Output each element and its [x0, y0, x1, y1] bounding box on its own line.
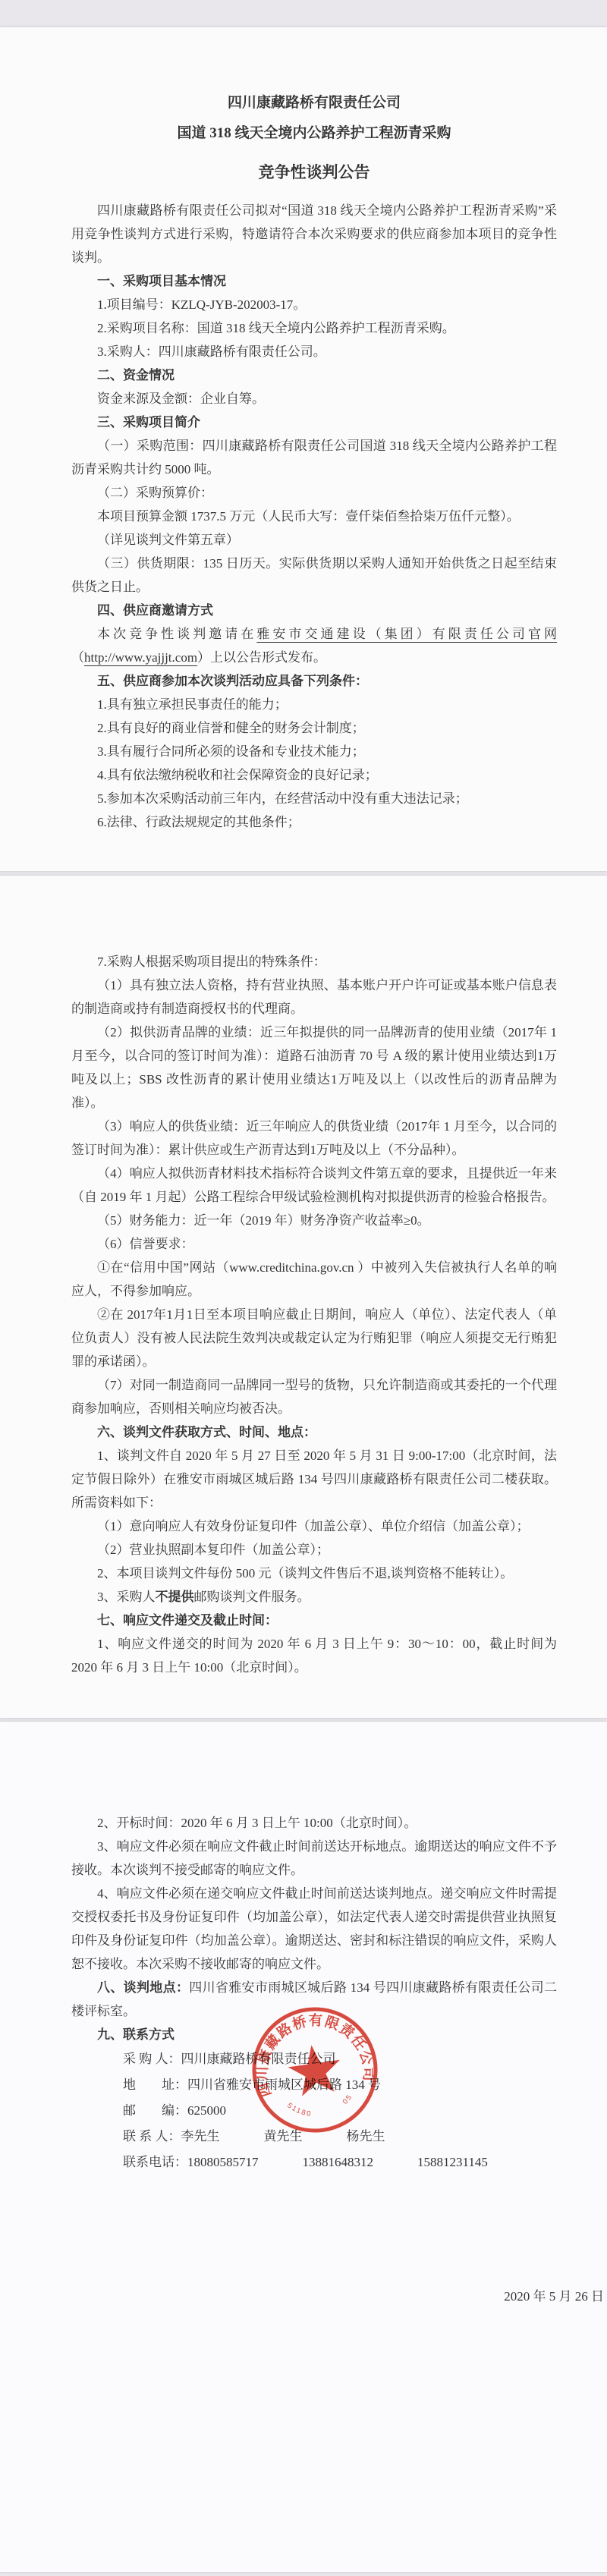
- section-4-heading: 四、供应商邀请方式: [71, 599, 557, 622]
- paragraph: 3.具有履行合同所必须的设备和专业技术能力；: [71, 740, 557, 763]
- paragraph: 资金来源及金额：企业自筹。: [71, 387, 557, 410]
- invite-paragraph: 本次竞争性谈判邀请在雅安市交通建设（集团）有限责任公司官网（http://www…: [71, 622, 557, 669]
- text-segment: 本次竞争性谈判邀请在: [97, 627, 256, 641]
- page-2-content: 7.采购人根据采购项目提出的特殊条件：（1）具有独立法人资格，持有营业执照、基本…: [0, 876, 607, 1679]
- contact-value: 四川康藏路桥有限责任公司: [181, 2052, 336, 2066]
- paragraph: 6.法律、行政法规规定的其他条件；: [71, 810, 557, 834]
- paragraph: 本项目预算金额 1737.5 万元（人民币大写：壹仟柒佰叁拾柒万伍仟元整）。: [71, 505, 557, 528]
- doc-title-project: 国道 318 线天全境内公路养护工程沥青采购: [71, 118, 557, 149]
- paragraph: 2、本项目谈判文件每份 500 元（谈判文件售后不退,谈判资格不能转让）。: [71, 1562, 557, 1585]
- paragraph: （4）响应人拟供沥青材料技术指标符合谈判文件第五章的要求，且提供近一年来（自 2…: [71, 1162, 557, 1209]
- paragraph: （详见谈判文件第五章）: [71, 528, 557, 552]
- paragraph: 2.采购项目名称：国道 318 线天全境内公路养护工程沥青采购。: [71, 316, 557, 340]
- paragraph: 1、响应文件递交的时间为 2020 年 6 月 3 日上午 9：30～10：00…: [71, 1632, 557, 1679]
- paragraph: 3、响应文件必须在响应文件截止时间前送达开标地点。逾期送达的响应文件不予接收。本…: [71, 1835, 557, 1882]
- contact-purchaser: 采 购 人：四川康藏路桥有限责任公司: [71, 2046, 557, 2072]
- contact-persons: 联 系 人：李先生黄先生杨先生: [71, 2124, 557, 2150]
- underlined-text: 雅安市交通建设（集团）有限责任公司官网: [256, 627, 557, 641]
- contact-label: 地 址：: [97, 2072, 187, 2098]
- contact-value: 杨先生: [347, 2129, 385, 2144]
- paragraph: 1.项目编号：KZLQ-JYB-202003-17。: [71, 293, 557, 316]
- contact-label: 邮 编：: [97, 2098, 187, 2124]
- paragraph: 4.具有依法缴纳税收和社会保障资金的良好记录；: [71, 763, 557, 787]
- paragraph: （2）营业执照副本复印件（加盖公章）；: [71, 1538, 557, 1562]
- paragraph: （2）拟供沥青品牌的业绩：近三年拟提供的同一品牌沥青的使用业绩（2017年 1 …: [71, 1021, 557, 1115]
- page-2: 7.采购人根据采购项目提出的特殊条件：（1）具有独立法人资格，持有营业执照、基本…: [0, 876, 607, 1718]
- contact-value: 李先生: [181, 2129, 220, 2144]
- section-2-heading: 二、资金情况: [71, 363, 557, 387]
- text-segment: ）上以公告形式发布。: [197, 650, 326, 665]
- page-3-content: 2、开标时间：2020 年 6 月 3 日上午 10:00（北京时间）。3、响应…: [0, 1722, 607, 2175]
- contact-postcode: 邮 编：625000: [71, 2098, 557, 2124]
- paragraph: 7.采购人根据采购项目提出的特殊条件：: [71, 950, 557, 973]
- paragraph: 1.具有独立承担民事责任的能力；: [71, 693, 557, 716]
- section-1-heading: 一、采购项目基本情况: [71, 269, 557, 293]
- section-5-heading: 五、供应商参加本次谈判活动应具备下列条件：: [71, 669, 557, 693]
- paragraph: 2、开标时间：2020 年 6 月 3 日上午 10:00（北京时间）。: [71, 1811, 557, 1835]
- text-segment: （: [71, 650, 84, 665]
- paragraph: （三）供货期限：135 日历天。实际供货期以采购人通知开始供货之日起至结束供货之…: [71, 552, 557, 599]
- underlined-text: http://www.yajjjt.com: [84, 650, 197, 665]
- contact-phones: 联系电话：180805857171388164831215881231145: [71, 2150, 557, 2175]
- contact-value: 黄先生: [264, 2129, 303, 2144]
- contact-value: 13881648312: [303, 2155, 374, 2169]
- section-9-heading: 九、联系方式: [71, 2023, 557, 2046]
- doc-title-notice: 竞争性谈判公告: [71, 155, 557, 190]
- paragraph: 5.参加本次采购活动前三年内，在经营活动中没有重大违法记录；: [71, 787, 557, 810]
- paragraph: 4、响应文件必须在递交响应文件截止时间前送达谈判地点。递交响应文件时需提交授权委…: [71, 1882, 557, 1976]
- paragraph: （6）信誉要求：: [71, 1232, 557, 1256]
- text-segment: 八、谈判地点：: [97, 1980, 189, 1995]
- issue-date: 2020 年 5 月 26 日: [0, 2195, 607, 2308]
- page-3: 2、开标时间：2020 年 6 月 3 日上午 10:00（北京时间）。3、响应…: [0, 1722, 607, 2572]
- page-1-content: 四川康藏路桥有限责任公司国道 318 线天全境内公路养护工程沥青采购竞争性谈判公…: [0, 27, 607, 834]
- paragraph: 1、谈判文件自 2020 年 5 月 27 日至 2020 年 5 月 31 日…: [71, 1444, 557, 1514]
- contact-value: 四川省雅安市雨城区城后路 134 号: [187, 2077, 381, 2092]
- negotiation-venue: 八、谈判地点：四川省雅安市雨城区城后路 134 号四川康藏路桥有限责任公司二楼评…: [71, 1976, 557, 2023]
- contact-label: 联系电话：: [97, 2150, 187, 2175]
- doc-title-company: 四川康藏路桥有限责任公司: [71, 88, 557, 118]
- paragraph: （7）对同一制造商同一品牌同一型号的货物，只允许制造商或其委托的一个代理商参加响…: [71, 1373, 557, 1420]
- section-7-heading: 七、响应文件递交及截止时间：: [71, 1609, 557, 1632]
- contact-label: 联 系 人：: [97, 2124, 181, 2150]
- paragraph: （3）响应人的供货业绩：近三年响应人的供货业绩（2017年 1 月至今，以合同的…: [71, 1115, 557, 1162]
- contact-label: 采 购 人：: [97, 2046, 181, 2072]
- section-3-heading: 三、采购项目简介: [71, 410, 557, 434]
- paragraph: 2.具有良好的商业信誉和健全的财务会计制度；: [71, 716, 557, 740]
- paragraph: （一）采购范围：四川康藏路桥有限责任公司国道 318 线天全境内公路养护工程沥青…: [71, 434, 557, 481]
- section-6-heading: 六、谈判文件获取方式、时间、地点：: [71, 1420, 557, 1444]
- text-segment: 邮购谈判文件服务。: [194, 1590, 310, 1604]
- paragraph: ②在 2017年1月1日至本项目响应截止日期间，响应人（单位）、法定代表人（单位…: [71, 1303, 557, 1373]
- contact-value: 625000: [187, 2103, 226, 2118]
- paragraph: （1）意向响应人有效身份证复印件（加盖公章）、单位介绍信（加盖公章）；: [71, 1514, 557, 1538]
- paragraph: （5）财务能力：近一年（2019 年）财务净资产收益率≥0。: [71, 1209, 557, 1232]
- paragraph: 3.采购人：四川康藏路桥有限责任公司。: [71, 340, 557, 363]
- text-segment: 3、采购人: [97, 1590, 156, 1604]
- text-segment: 不提供: [156, 1590, 194, 1604]
- no-mail-order-note: 3、采购人不提供邮购谈判文件服务。: [71, 1585, 557, 1609]
- intro-paragraph: 四川康藏路桥有限责任公司拟对“国道 318 线天全境内公路养护工程沥青采购”采用…: [71, 199, 557, 269]
- paragraph: （二）采购预算价：: [71, 481, 557, 505]
- contact-value: 18080585717: [187, 2155, 259, 2169]
- paragraph: ①在“信用中国”网站（www.creditchina.gov.cn ）中被列入失…: [71, 1256, 557, 1303]
- contact-address: 地 址：四川省雅安市雨城区城后路 134 号: [71, 2072, 557, 2098]
- document-root: { "document": { "kind": "竞争性谈判公告（扫描件）", …: [0, 0, 607, 2576]
- page-1: 四川康藏路桥有限责任公司国道 318 线天全境内公路养护工程沥青采购竞争性谈判公…: [0, 27, 607, 871]
- paragraph: （1）具有独立法人资格，持有营业执照、基本账户开户许可证或基本账户信息表的制造商…: [71, 973, 557, 1021]
- contact-value: 15881231145: [417, 2155, 488, 2169]
